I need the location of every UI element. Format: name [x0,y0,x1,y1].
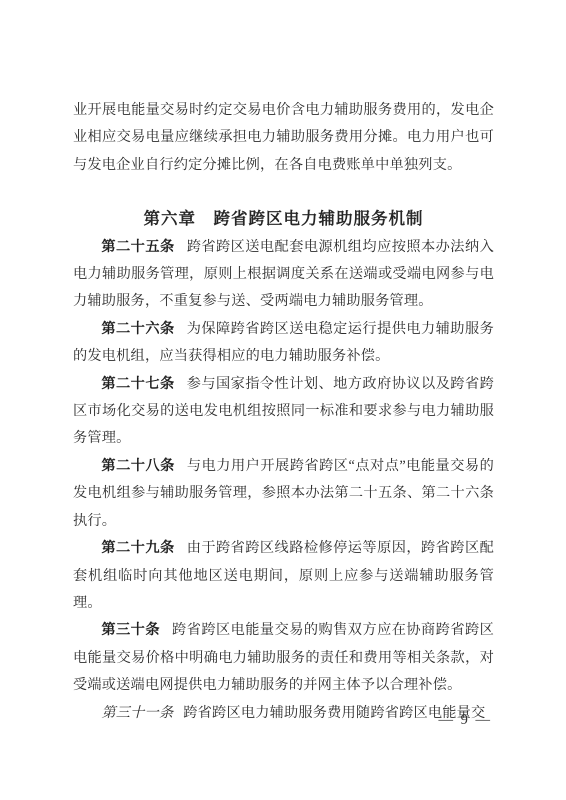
article-30-paragraph: 第三十条跨省跨区电能量交易的购售双方应在协商跨省跨区电能量交易价格中明确电力辅助… [73,617,494,699]
article-26-number: 第二十六条 [101,321,186,337]
intro-paragraph: 业开展电能量交易时约定交易电价含电力辅助服务费用的，发电企业相应交易电量应继续承… [73,97,494,179]
article-29-paragraph: 第二十九条由于跨省跨区线路检修停运等原因，跨省跨区配套机组临时向其他地区送电期间… [73,535,494,617]
article-25-number: 第二十五条 [101,239,186,255]
article-28-number: 第二十八条 [101,458,187,474]
article-29-number: 第二十九条 [101,540,186,556]
text-block: 业开展电能量交易时约定交易电价含电力辅助服务费用的，发电企业相应交易电量应继续承… [73,97,494,727]
article-27-paragraph: 第二十七条参与国家指令性计划、地方政府协议以及跨省跨区市场化交易的送电发电机组按… [73,371,494,453]
document-page: 业开展电能量交易时约定交易电价含电力辅助服务费用的，发电企业相应交易电量应继续承… [0,0,566,800]
article-27-number: 第二十七条 [101,376,186,392]
article-28-paragraph: 第二十八条与电力用户开展跨省跨区“点对点”电能量交易的发电机组参与辅助服务管理，… [73,453,494,535]
page-number: — 9 — [439,710,493,730]
article-26-paragraph: 第二十六条为保障跨省跨区送电稳定运行提供电力辅助服务的发电机组，应当获得相应的电… [73,316,494,371]
article-31-number: 第三十一条 [101,705,183,721]
article-31-paragraph: 第三十一条跨省跨区电力辅助服务费用随跨省跨区电能量交 [73,700,494,727]
chapter-heading: 第六章 跨省跨区电力辅助服务机制 [73,206,494,233]
article-30-number: 第三十条 [101,622,172,638]
article-25-paragraph: 第二十五条跨省跨区送电配套电源机组均应按照本办法纳入电力辅助服务管理，原则上根据… [73,234,494,316]
